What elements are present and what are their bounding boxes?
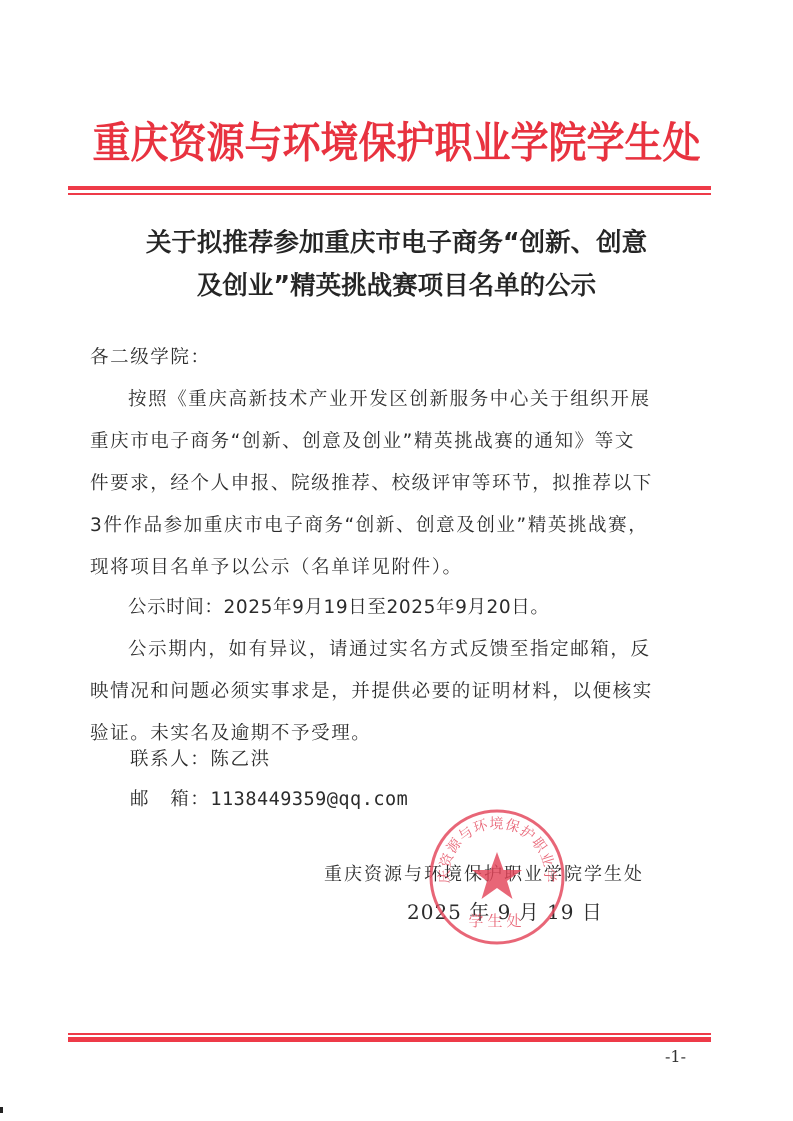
- doc-title-line1: 关于拟推荐参加重庆市电子商务“创新、创意: [0, 223, 793, 263]
- contact-name: 陈乙洪: [210, 749, 270, 770]
- paragraph-objection-line: 验证。未实名及逾期不予受理。: [90, 719, 371, 745]
- contact-label: 联系人：: [130, 749, 210, 770]
- footer-rule-thick: [68, 1037, 711, 1042]
- email-row: 邮 箱：1138449359@qq.com: [130, 785, 408, 811]
- salutation: 各二级学院：: [90, 343, 211, 369]
- contact-row: 联系人：陈乙洪: [130, 745, 271, 771]
- paragraph-1-line: 现将项目名单予以公示（名单详见附件）。: [90, 553, 463, 579]
- signature-date: 2025 年 9 月 19 日: [407, 896, 603, 925]
- header-rule-thin: [68, 193, 711, 195]
- paragraph-1-line: 件要求，经个人申报、院级推荐、校级评审等环节，拟推荐以下: [90, 469, 653, 495]
- signature-org: 重庆资源与环境保护职业学院学生处: [324, 860, 644, 886]
- email-label: 邮 箱：: [130, 789, 210, 810]
- header-org-name: 重庆资源与环境保护职业学院学生处: [0, 115, 793, 171]
- notice-period: 公示时间：2025年9月19日至2025年9月20日。: [128, 593, 550, 619]
- doc-title-line2: 及创业”精英挑战赛项目名单的公示: [0, 266, 793, 306]
- paragraph-1-line: 按照《重庆高新技术产业开发区创新服务中心关于组织开展: [128, 385, 651, 411]
- paragraph-objection-line: 公示期内，如有异议，请通过实名方式反馈至指定邮箱，反: [128, 635, 651, 661]
- paragraph-1-line: 重庆市电子商务“创新、创意及创业”精英挑战赛的通知》等文: [90, 427, 635, 453]
- paragraph-objection-line: 映情况和问题必须实事求是，并提供必要的证明材料，以便核实: [90, 677, 653, 703]
- header-rule-thick: [68, 186, 711, 190]
- scan-artifact-mark: [0, 1107, 3, 1113]
- email-address[interactable]: 1138449359@qq.com: [210, 789, 408, 810]
- paragraph-1-line: 3件作品参加重庆市电子商务“创新、创意及创业”精英挑战赛，: [90, 511, 648, 537]
- page-number: -1-: [665, 1047, 686, 1066]
- footer-rule-thin: [68, 1033, 711, 1035]
